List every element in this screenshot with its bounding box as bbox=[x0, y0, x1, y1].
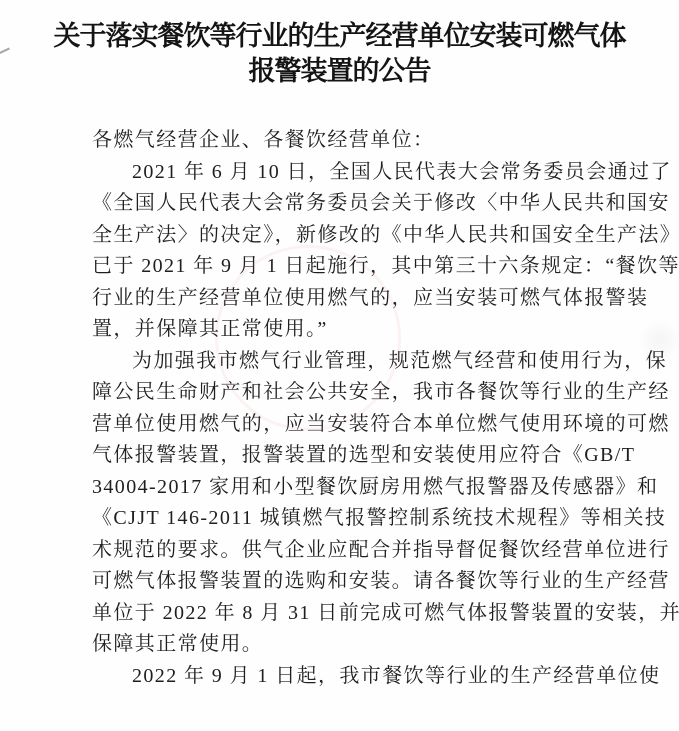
document-line: 术规范的要求。供气企业应配合并指导督促餐饮经营单位进行 bbox=[92, 535, 618, 567]
line-text: 各燃气经营企业、各餐饮经营单位： bbox=[92, 129, 434, 151]
line-text: 已于 2021 年 9 月 1 日起施行，其中第三十六条规定：“餐饮等 bbox=[92, 255, 679, 277]
line-text: 置，并保障其正常使用。” bbox=[92, 318, 328, 340]
title-line-2: 报警装置的公告 bbox=[42, 54, 637, 89]
line-text: 2022 年 9 月 1 日起，我市餐饮等行业的生产经营单位使 bbox=[132, 665, 660, 687]
document-line: 营单位使用燃气的，应当安装符合本单位燃气使用环境的可燃 bbox=[92, 409, 618, 441]
line-text: 营单位使用燃气的，应当安装符合本单位燃气使用环境的可燃 bbox=[92, 413, 670, 435]
line-text: 全生产法〉的决定》，新修改的《中华人民共和国安全生产法》 bbox=[92, 224, 679, 246]
line-text: 障公民生命财产和社会公共安全，我市各餐饮等行业的生产经 bbox=[92, 381, 670, 403]
line-text: 可燃气体报警装置的选购和安装。请各餐饮等行业的生产经营 bbox=[92, 570, 670, 592]
document-body: 各燃气经营企业、各餐饮经营单位： 2021 年 6 月 10 日，全国人民代表大… bbox=[92, 125, 618, 692]
line-text: 单位于 2022 年 8 月 31 日前完成可燃气体报警装置的安装，并 bbox=[92, 602, 679, 624]
line-text: 行业的生产经营单位使用燃气的，应当安装可燃气体报警装 bbox=[92, 287, 648, 309]
document-line: 可燃气体报警装置的选购和安装。请各餐饮等行业的生产经营 bbox=[92, 566, 618, 598]
document-line: 为加强我市燃气行业管理，规范燃气经营和使用行为，保 bbox=[92, 346, 618, 378]
document-line: 已于 2021 年 9 月 1 日起施行，其中第三十六条规定：“餐饮等 bbox=[92, 251, 618, 283]
line-text: 34004-2017 家用和小型餐饮厨房用燃气报警器及传感器》和 bbox=[92, 476, 658, 498]
document-line: 气体报警装置，报警装置的选型和安装使用应符合《GB/T bbox=[92, 440, 618, 472]
document-line: 2022 年 9 月 1 日起，我市餐饮等行业的生产经营单位使 bbox=[92, 661, 618, 693]
document-line: 障公民生命财产和社会公共安全，我市各餐饮等行业的生产经 bbox=[92, 377, 618, 409]
document-line: 《全国人民代表大会常务委员会关于修改〈中华人民共和国安 bbox=[92, 188, 618, 220]
line-text: 保障其正常使用。 bbox=[92, 633, 263, 655]
document-line: 保障其正常使用。 bbox=[92, 629, 618, 661]
document-line: 全生产法〉的决定》，新修改的《中华人民共和国安全生产法》 bbox=[92, 220, 618, 252]
document-line: 2021 年 6 月 10 日，全国人民代表大会常务委员会通过了 bbox=[92, 157, 618, 189]
document-line: 置，并保障其正常使用。” bbox=[92, 314, 618, 346]
document-line: 34004-2017 家用和小型餐饮厨房用燃气报警器及传感器》和 bbox=[92, 472, 618, 504]
document-line: 各燃气经营企业、各餐饮经营单位： bbox=[92, 125, 618, 157]
line-text: 《CJJT 146-2011 城镇燃气报警控制系统技术规程》等相关技 bbox=[92, 507, 666, 529]
page-title: 关于落实餐饮等行业的生产经营单位安装可燃气体 报警装置的公告 bbox=[0, 19, 679, 89]
line-text: 2021 年 6 月 10 日，全国人民代表大会常务委员会通过了 bbox=[132, 161, 672, 183]
line-text: 术规范的要求。供气企业应配合并指导督促餐饮经营单位进行 bbox=[92, 539, 670, 561]
line-text: 《全国人民代表大会常务委员会关于修改〈中华人民共和国安 bbox=[92, 192, 670, 214]
line-text: 气体报警装置，报警装置的选型和安装使用应符合《GB/T bbox=[92, 444, 635, 466]
document-line: 单位于 2022 年 8 月 31 日前完成可燃气体报警装置的安装，并 bbox=[92, 598, 618, 630]
document-line: 行业的生产经营单位使用燃气的，应当安装可燃气体报警装 bbox=[92, 283, 618, 315]
document-line: 《CJJT 146-2011 城镇燃气报警控制系统技术规程》等相关技 bbox=[92, 503, 618, 535]
document-page: 关于落实餐饮等行业的生产经营单位安装可燃气体 报警装置的公告 各燃气经营企业、各… bbox=[0, 0, 679, 731]
title-line-1: 关于落实餐饮等行业的生产经营单位安装可燃气体 bbox=[42, 19, 637, 54]
line-text: 为加强我市燃气行业管理，规范燃气经营和使用行为，保 bbox=[132, 350, 667, 372]
